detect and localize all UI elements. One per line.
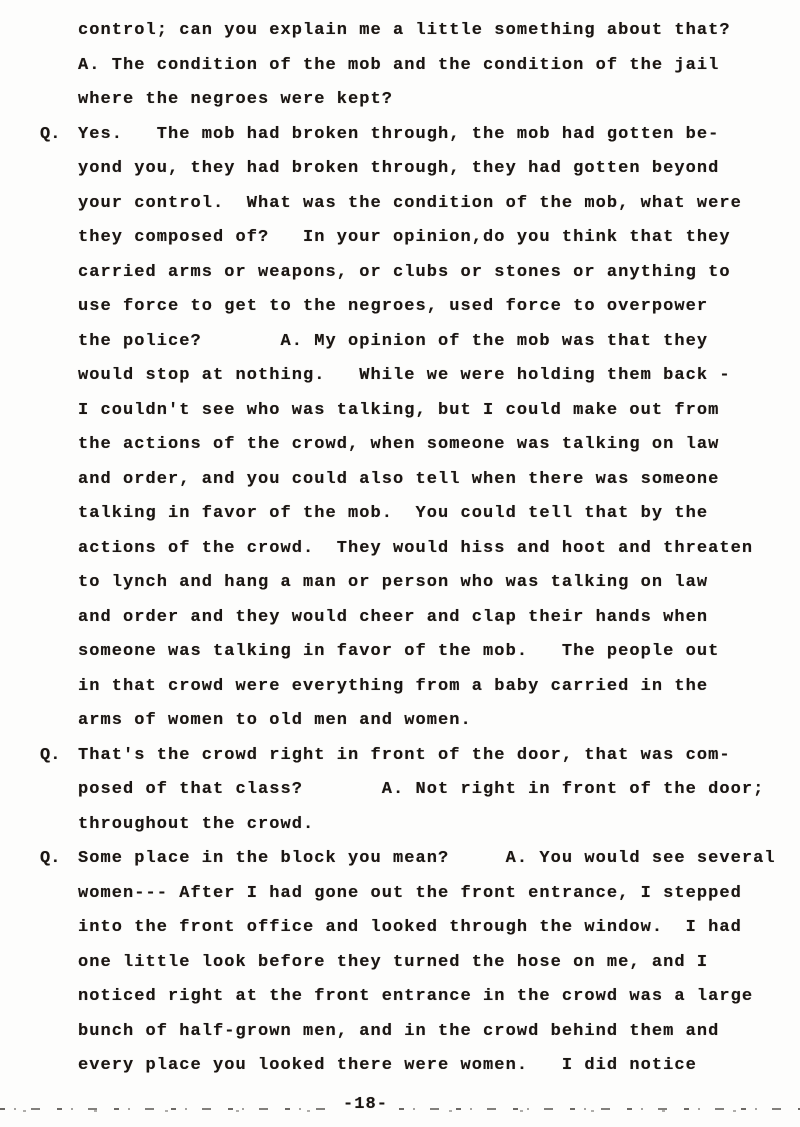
text-line: and order and they would cheer and clap … [78,601,790,636]
qa-block: Q.That's the crowd right in front of the… [40,739,790,843]
qa-lines: Yes. The mob had broken through, the mob… [78,118,790,739]
text-line: arms of women to old men and women. [78,704,790,739]
text-line: the police? A. My opinion of the mob was… [78,325,790,360]
text-line: actions of the crowd. They would hiss an… [78,532,790,567]
text-line: into the front office and looked through… [78,911,790,946]
transcript-content: control; can you explain me a little som… [40,14,790,1084]
qa-marker: Q. [40,842,78,877]
text-line: one little look before they turned the h… [78,946,790,981]
text-line: the actions of the crowd, when someone w… [78,428,790,463]
qa-lines: control; can you explain me a little som… [78,14,790,118]
qa-marker: Q. [40,118,78,153]
text-line: Yes. The mob had broken through, the mob… [78,118,790,153]
text-line: use force to get to the negroes, used fo… [78,290,790,325]
text-line: Some place in the block you mean? A. You… [78,842,790,877]
text-line: posed of that class? A. Not right in fro… [78,773,790,808]
scan-edge-artifact [0,1108,800,1112]
document-page: control; can you explain me a little som… [0,0,800,1127]
text-line: would stop at nothing. While we were hol… [78,359,790,394]
text-line: bunch of half-grown men, and in the crow… [78,1015,790,1050]
text-line: noticed right at the front entrance in t… [78,980,790,1015]
text-line: in that crowd were everything from a bab… [78,670,790,705]
text-line: talking in favor of the mob. You could t… [78,497,790,532]
text-line: That's the crowd right in front of the d… [78,739,790,774]
qa-marker: Q. [40,739,78,774]
text-line: to lynch and hang a man or person who wa… [78,566,790,601]
text-line: I couldn't see who was talking, but I co… [78,394,790,429]
text-line: and order, and you could also tell when … [78,463,790,498]
qa-block: Q.Some place in the block you mean? A. Y… [40,842,790,1084]
text-line: they composed of? In your opinion,do you… [78,221,790,256]
text-line: throughout the crowd. [78,808,790,843]
page-number: -18- [338,1094,393,1116]
qa-lines: That's the crowd right in front of the d… [78,739,790,843]
text-line: carried arms or weapons, or clubs or sto… [78,256,790,291]
qa-block: Q.Yes. The mob had broken through, the m… [40,118,790,739]
text-line: every place you looked there were women.… [78,1049,790,1084]
qa-lines: Some place in the block you mean? A. You… [78,842,790,1084]
text-line: your control. What was the condition of … [78,187,790,222]
text-line: women--- After I had gone out the front … [78,877,790,912]
text-line: someone was talking in favor of the mob.… [78,635,790,670]
continuation-block: control; can you explain me a little som… [40,14,790,118]
text-line: control; can you explain me a little som… [78,14,790,49]
text-line: A. The condition of the mob and the cond… [78,49,790,84]
text-line: where the negroes were kept? [78,83,790,118]
text-line: yond you, they had broken through, they … [78,152,790,187]
